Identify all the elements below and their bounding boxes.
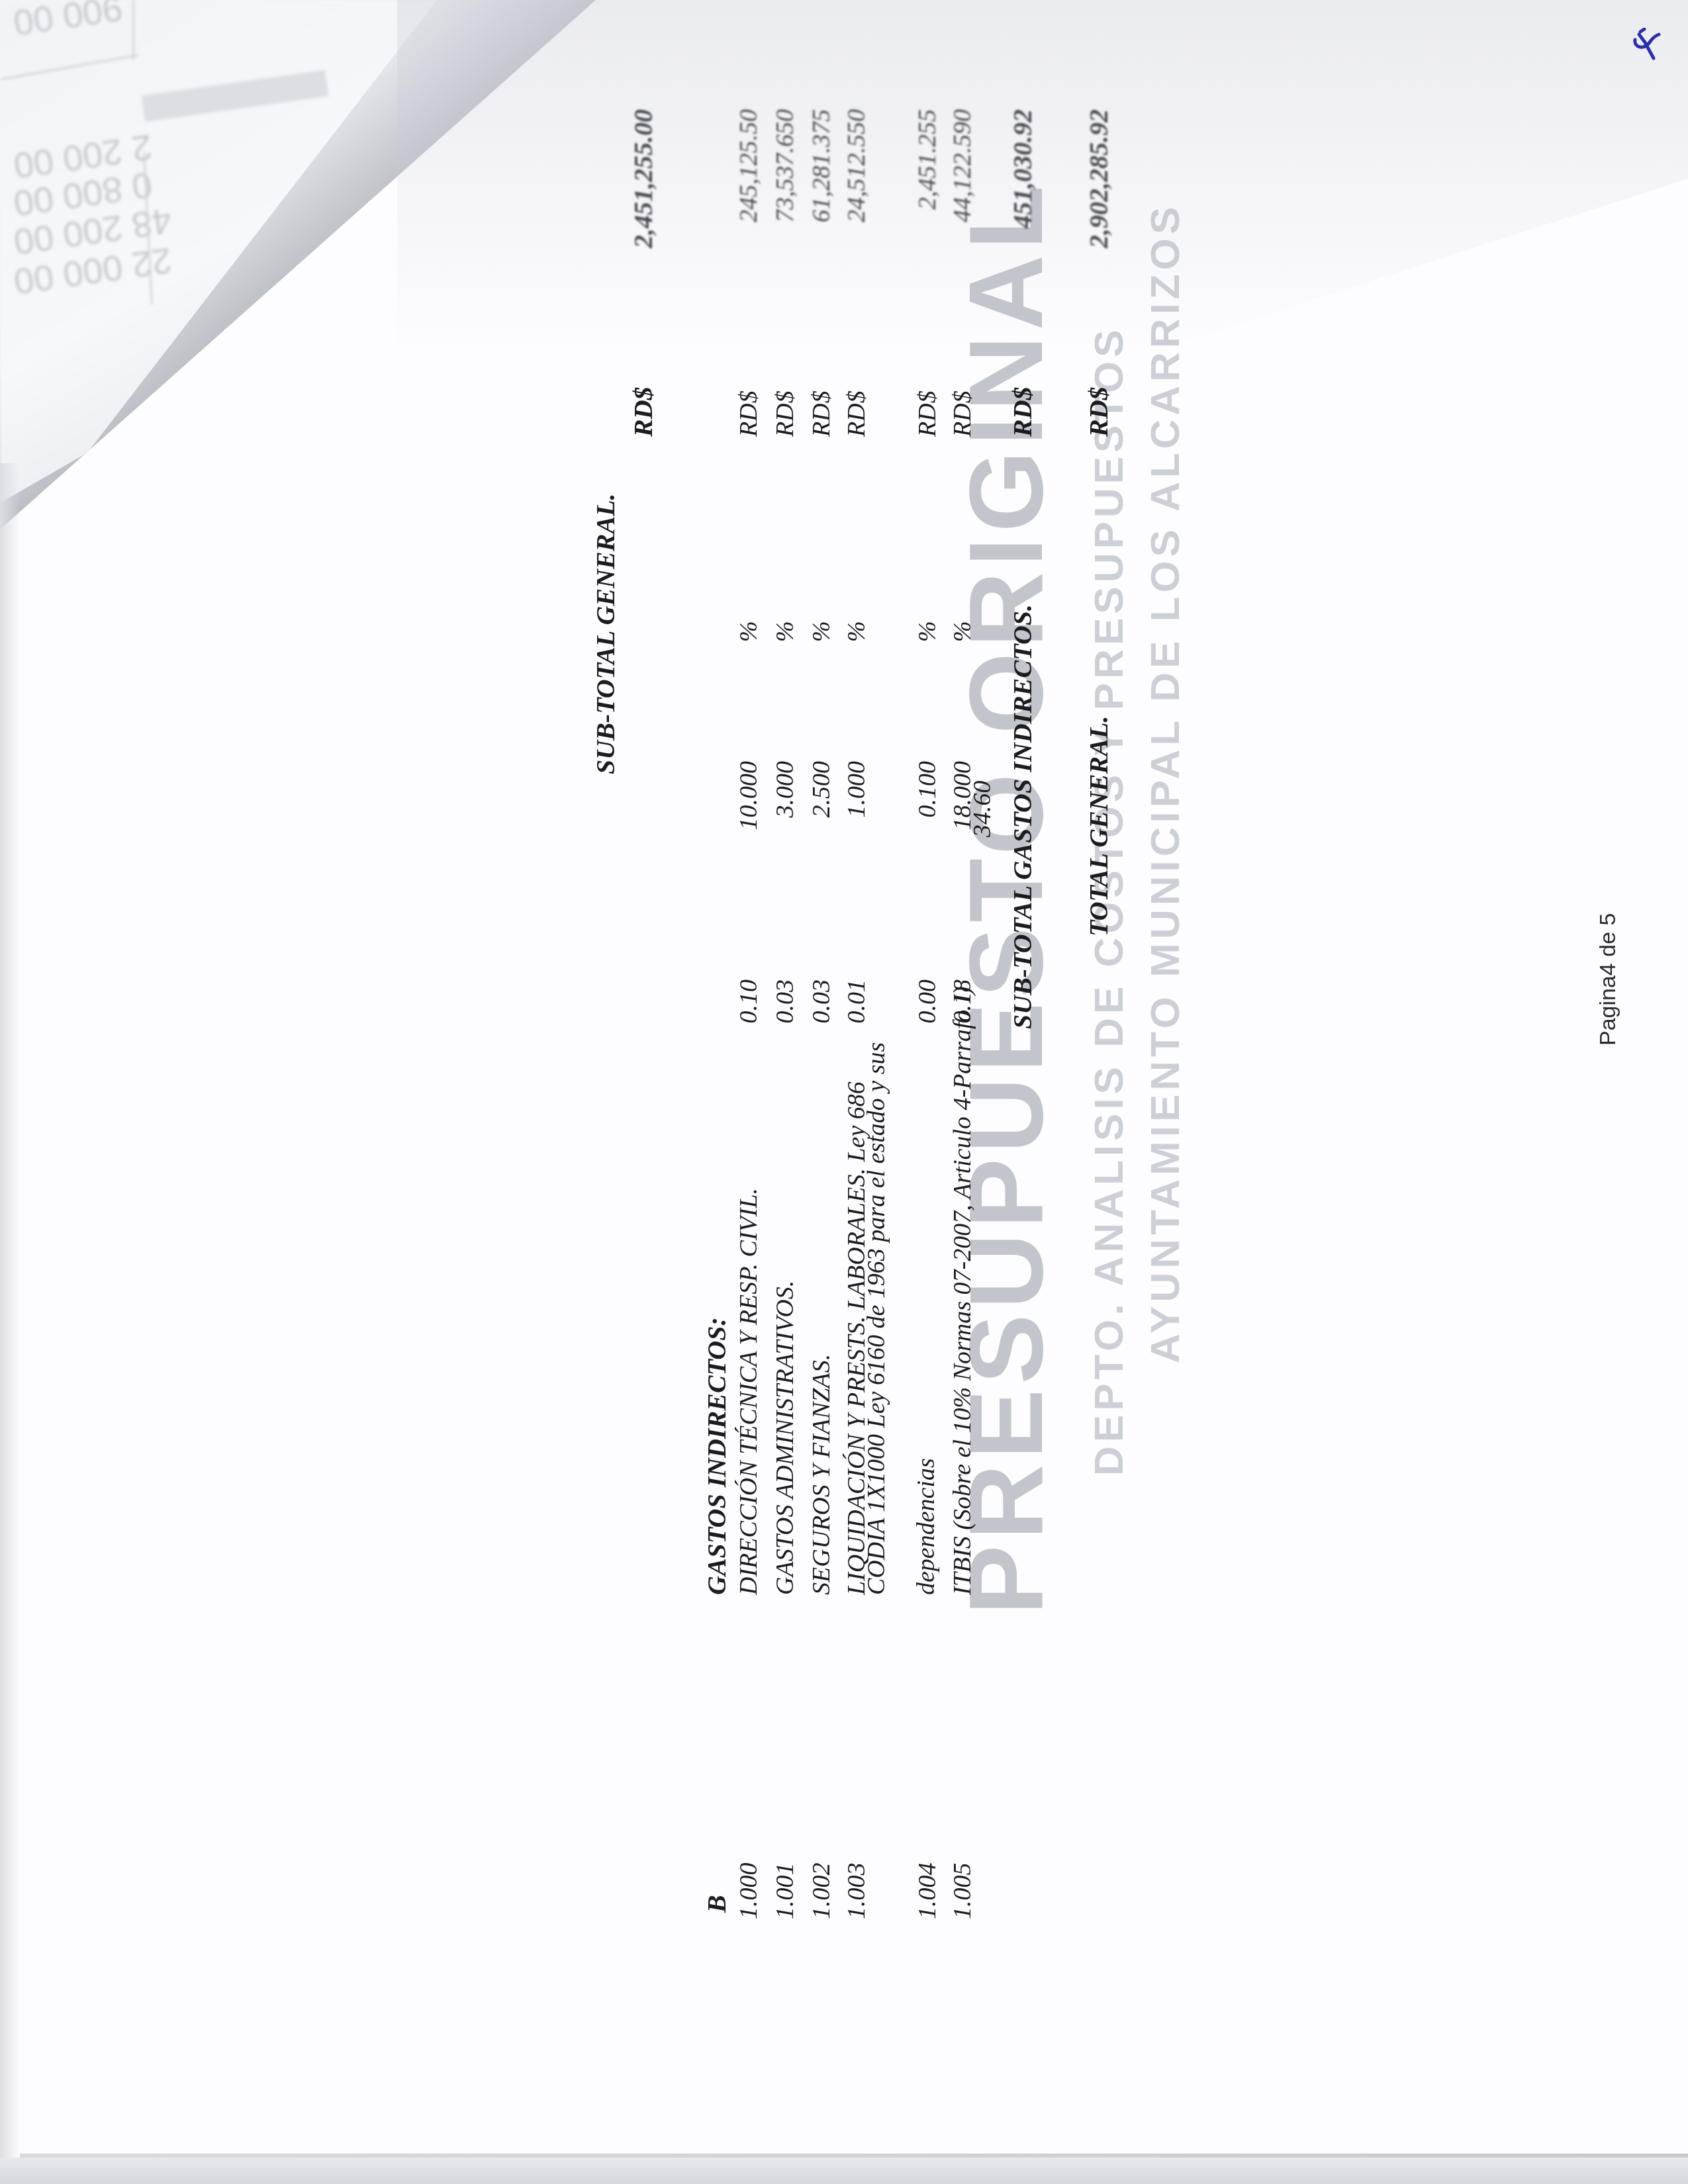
subtotal-general-amount: 2,451,255.00 <box>630 109 657 265</box>
subtotal-general-label: SUB-TOTAL GENERAL. <box>592 493 619 774</box>
item-percent: 1.000 <box>844 761 869 854</box>
item-amount: 44,122.590 <box>950 109 975 278</box>
item-code: 1.002 <box>809 1863 834 1920</box>
item-percent: 3.000 <box>773 761 798 854</box>
item-amount: 73,537.650 <box>773 109 798 278</box>
item-code: 1.004 <box>915 1863 940 1920</box>
item-factor: 0.18 <box>950 979 975 1046</box>
item-factor: 0.03 <box>773 979 798 1046</box>
subtotal-general-currency: RD$ <box>630 387 657 437</box>
item-code: 1.003 <box>844 1863 869 1920</box>
item-currency: RD$ <box>950 390 975 437</box>
subtotal-indirectos-amount: 451,030.92 <box>1009 109 1036 265</box>
item-factor: 0.01 <box>844 979 869 1046</box>
item-amount: 61,281.375 <box>809 109 834 278</box>
item-unit: % <box>736 621 761 642</box>
item-currency: RD$ <box>844 390 869 437</box>
page-number: Pagina4 de 5 <box>1595 913 1621 1046</box>
item-currency: RD$ <box>915 390 940 437</box>
item-currency: RD$ <box>809 390 834 437</box>
item-unit: % <box>809 621 834 642</box>
watermark-municipality: AYUNTAMIENTO MUNICIPAL DE LOS ALCARRIZOS <box>1142 203 1189 1363</box>
item-description: SEGUROS Y FIANZAS. <box>809 1354 834 1595</box>
item-currency: RD$ <box>736 390 761 437</box>
total-general-currency: RD$ <box>1086 387 1112 437</box>
item-factor: 0.03 <box>809 979 834 1046</box>
item-unit: % <box>915 621 940 642</box>
item-amount: 245,125.50 <box>736 109 761 278</box>
section-title: GASTOS INDIRECTOS: <box>704 1317 730 1595</box>
item-factor: 0.10 <box>736 979 761 1046</box>
item-amount: 2,451.255 <box>915 109 940 278</box>
item-code: 1.005 <box>950 1863 975 1920</box>
item-percent: 0.100 <box>915 761 940 854</box>
subtotal-indirectos-currency: RD$ <box>1009 387 1036 437</box>
item-amount: 24,512.550 <box>844 109 869 278</box>
item-factor: 0.00 <box>915 979 940 1046</box>
percent-total: 34.60 <box>970 781 995 838</box>
item-description: CODIA 1X1000 Ley 6160 de 1963 para el es… <box>864 1042 889 1595</box>
budget-page: PRESUPUESTO ORIGINAL DEPTO. ANALISIS DE … <box>0 0 1688 2184</box>
item-currency: RD$ <box>773 390 798 437</box>
item-unit: % <box>844 621 869 642</box>
total-general-amount: 2,902,285.92 <box>1086 109 1112 285</box>
item-code: 1.001 <box>773 1863 798 1920</box>
item-unit: % <box>773 621 798 642</box>
item-percent: 2.500 <box>809 761 834 854</box>
subtotal-indirectos-label: SUB-TOTAL GASTOS INDIRECTOS. <box>1009 604 1036 1029</box>
item-description: ITBIS (Sobre el 10% Normas 07-2007, Arti… <box>950 987 975 1595</box>
section-code: B <box>704 1895 730 1913</box>
item-code: 1.000 <box>736 1863 761 1920</box>
item-percent: 10.000 <box>736 761 761 854</box>
item-description: DIRECCIÓN TÉCNICA Y RESP. CIVIL. <box>736 1188 761 1595</box>
item-unit: % <box>950 621 975 642</box>
item-description: GASTOS ADMINISTRATIVOS. <box>773 1281 798 1595</box>
item-description-continued: dependencias <box>914 1458 939 1595</box>
total-general-label: TOTAL GENERAL. <box>1086 716 1112 936</box>
